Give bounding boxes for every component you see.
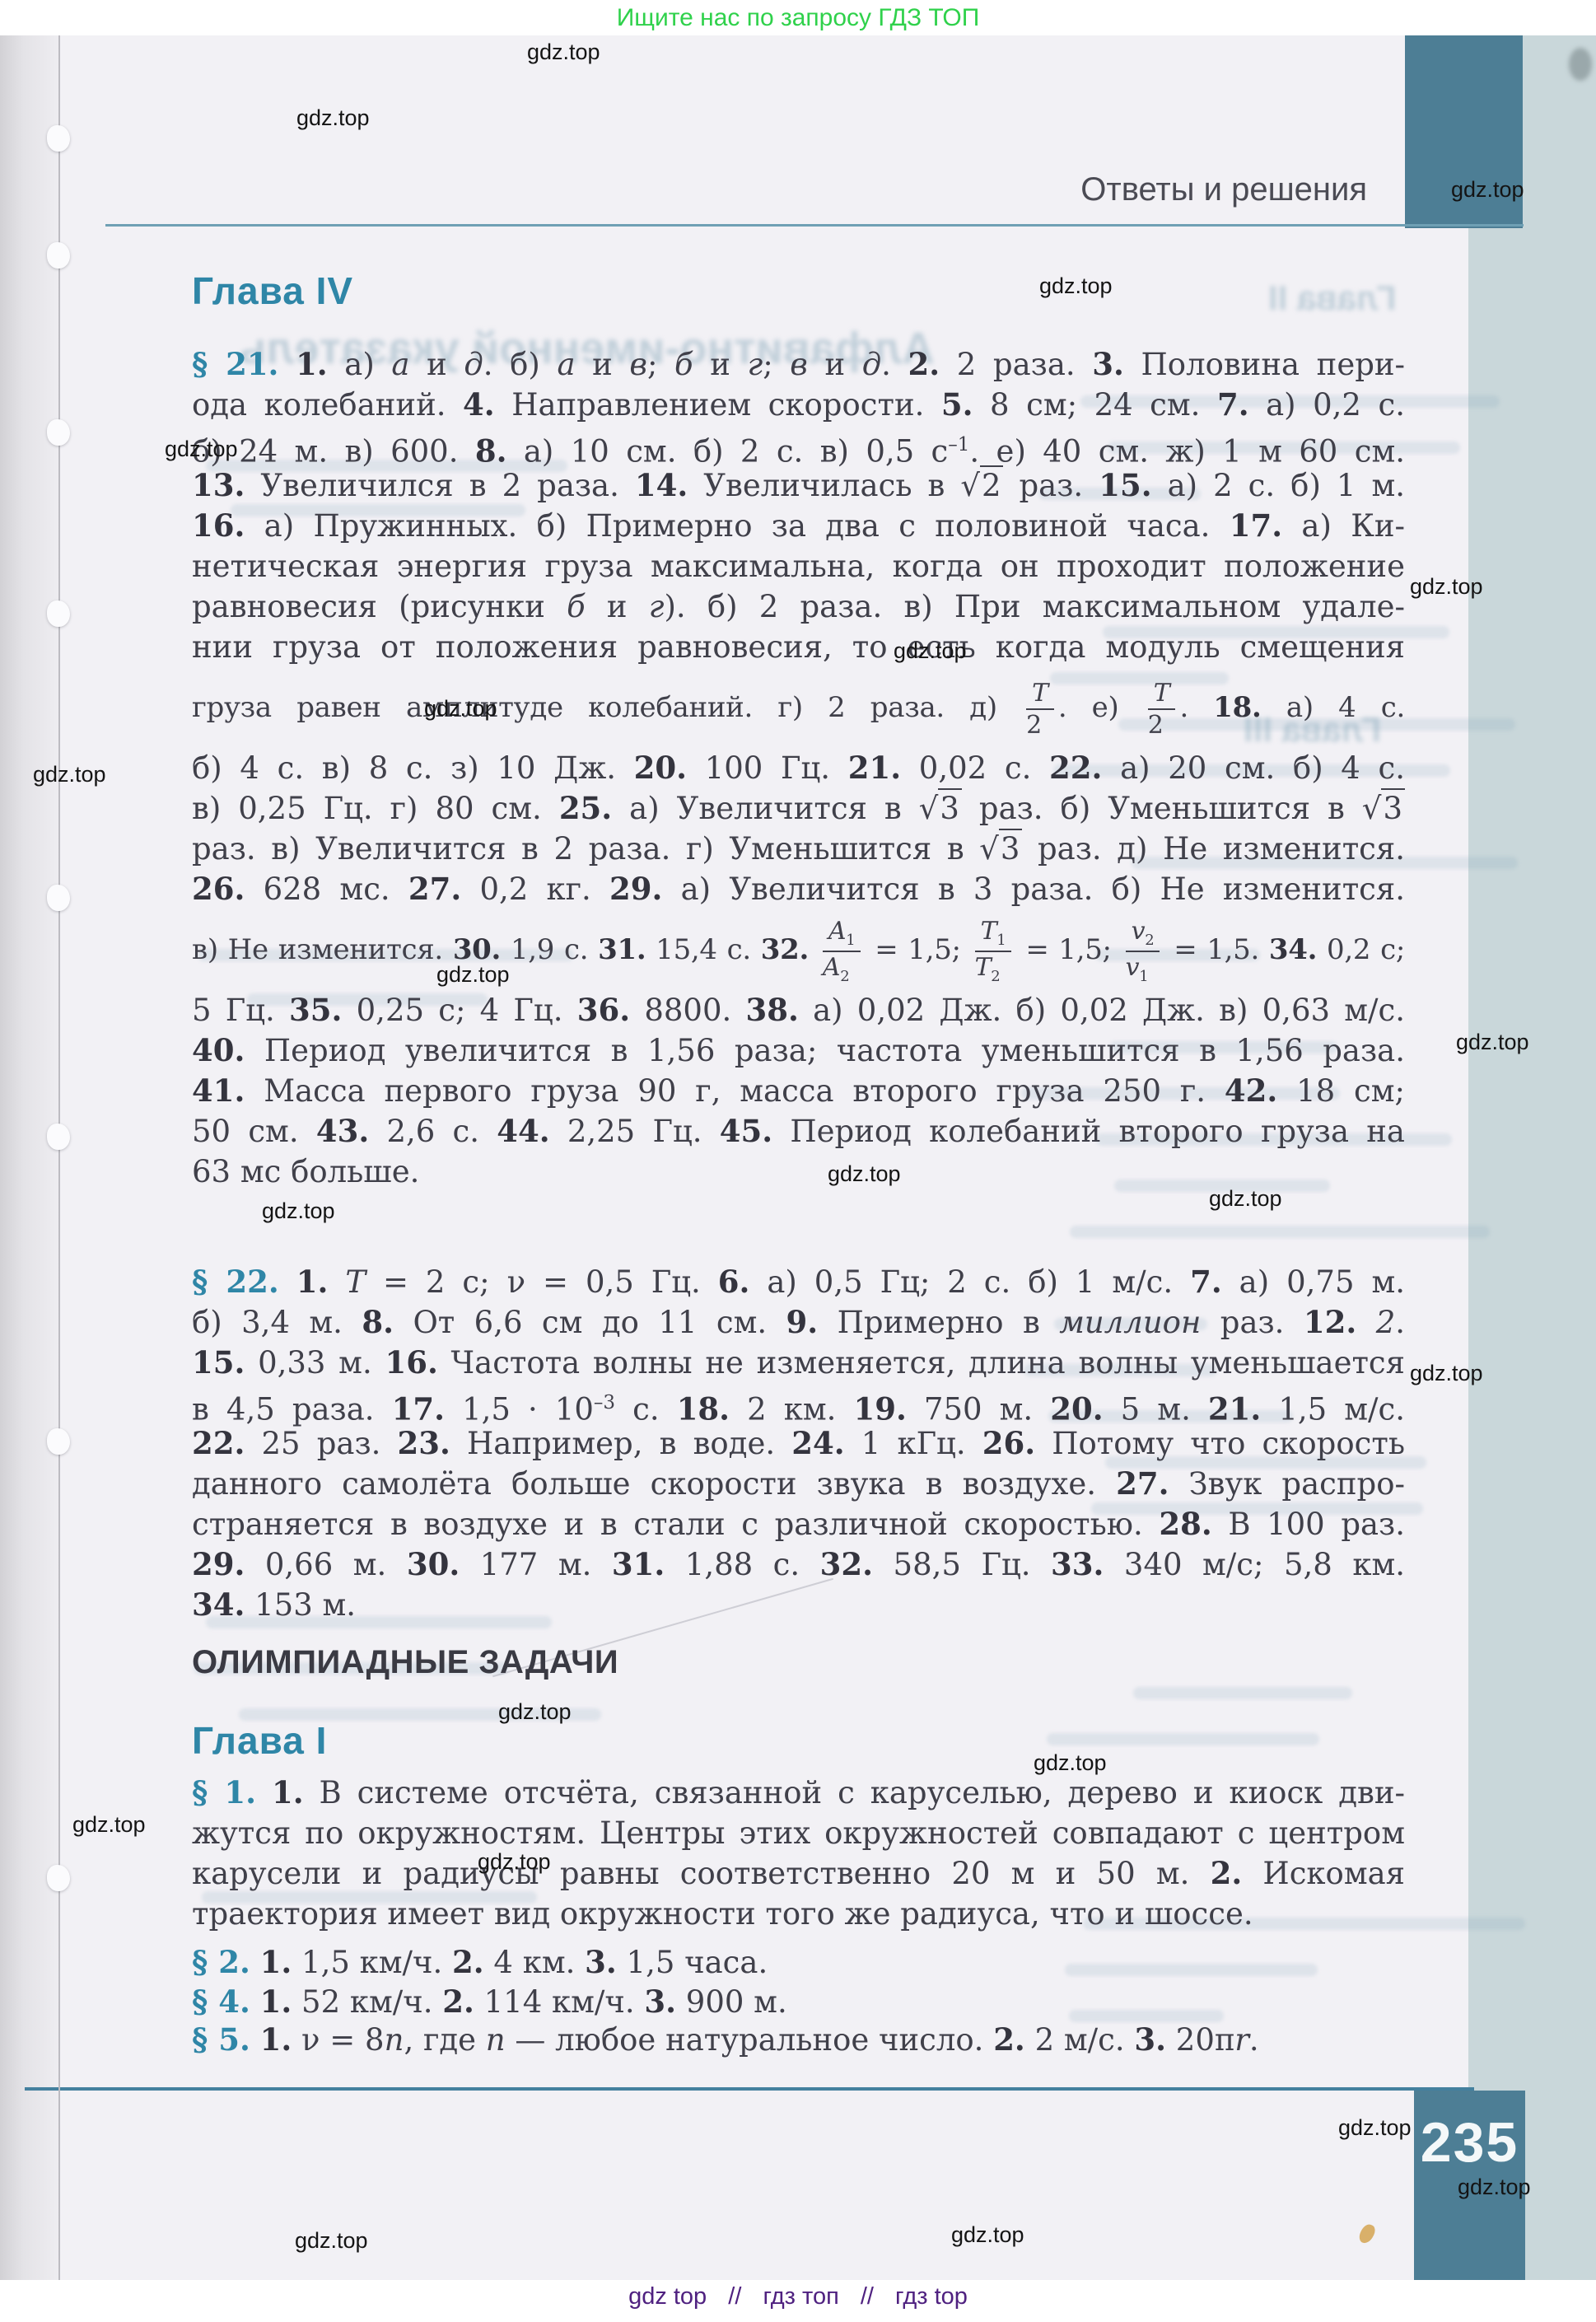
watermark: gdz.top [527, 40, 600, 65]
binding-nub [47, 1124, 70, 1150]
text-line: б) 3,4 м. 8. От 6,6 см до 11 см. 9. Прим… [192, 1302, 1405, 1343]
watermark: gdz.top [1338, 2115, 1412, 2141]
text-line: 34. 153 м. [192, 1585, 1405, 1625]
watermark: gdz.top [1034, 1750, 1107, 1776]
text-line: равновесия (рисунки б и г). б) 2 раза. в… [192, 586, 1405, 627]
binding-nub [47, 600, 70, 627]
ghost-noise-line [1133, 1687, 1352, 1699]
watermark: gdz.top [1458, 2175, 1531, 2200]
bottom-rule [25, 2087, 1474, 2091]
text-line: б) 24 м. в) 600. 8. а) 10 см. б) 2 с. в)… [192, 425, 1405, 465]
text-line: § 22. 1. T = 2 с; ν = 0,5 Гц. 6. а) 0,5 … [192, 1262, 1405, 1302]
watermark: gdz.top [1039, 273, 1113, 299]
text-line: б) 4 с. в) 8 с. з) 10 Дж. 20. 100 Гц. 21… [192, 748, 1405, 788]
text-line: данного самолёта больше скорости звука в… [192, 1464, 1405, 1504]
page-header-title: Ответы и решения [1080, 171, 1367, 208]
text-line: § 21. 1. а) а и д. б) а и в; б и г; в и … [192, 344, 1405, 385]
binding-nub [47, 885, 70, 911]
watermark: gdz.top [296, 105, 370, 131]
olympiad-heading: ОЛИМПИАДНЫЕ ЗАДАЧИ [192, 1644, 618, 1681]
paragraph-22: § 22. 1. T = 2 с; ν = 0,5 Гц. 6. а) 0,5 … [192, 1262, 1405, 1625]
text-line: § 5. 1. ν = 8n, где n — любое натурально… [192, 2020, 1405, 2060]
footer-link[interactable]: gdz top [628, 2283, 707, 2310]
watermark: gdz.top [33, 762, 106, 787]
watermark: gdz.top [951, 2222, 1024, 2248]
text-line: 50 см. 43. 2,6 с. 44. 2,25 Гц. 45. Перио… [192, 1111, 1405, 1152]
page-number: 235 [1414, 2110, 1525, 2175]
text-line: в 4,5 раза. 17. 1,5 · 10–3 с. 18. 2 км. … [192, 1383, 1405, 1423]
teal-margin-strip [1468, 35, 1596, 2280]
text-line: § 4. 1. 52 км/ч. 2. 114 км/ч. 3. 900 м. [192, 1982, 1405, 2022]
paragraph-1: § 1. 1. В системе отсчёта, связанной с к… [192, 1773, 1405, 1934]
watermark: gdz.top [72, 1812, 146, 1838]
text-line: 5 Гц. 35. 0,25 с; 4 Гц. 36. 8800. 38. а)… [192, 990, 1405, 1030]
watermark: gdz.top [436, 962, 510, 988]
text-line: § 1. 1. В системе отсчёта, связанной с к… [192, 1773, 1405, 1813]
watermark: gdz.top [1451, 177, 1524, 203]
chapter-1-heading: Глава I [192, 1718, 327, 1763]
text-line: 16. а) Пружинных. б) Примерно за два с п… [192, 506, 1405, 546]
watermark: gdz.top [165, 437, 238, 462]
text-line: карусели и радиусы равны соответственно … [192, 1853, 1405, 1894]
text-line: 13. Увеличился в 2 раза. 14. Увеличилась… [192, 465, 1405, 506]
text-line: в) Не изменится. 30. 1,9 с. 31. 15,4 с. … [192, 909, 1405, 990]
watermark: gdz.top [894, 638, 967, 664]
paragraph-5: § 5. 1. ν = 8n, где n — любое натурально… [192, 2020, 1405, 2060]
text-line: нетическая энергия груза максимальна, ко… [192, 546, 1405, 586]
text-line: § 2. 1. 1,5 км/ч. 2. 4 км. 3. 1,5 часа. [192, 1942, 1405, 1983]
ghost-noise-line [1047, 1733, 1319, 1745]
promo-banner[interactable]: Ищите нас по запросу ГДЗ ТОП [0, 4, 1596, 32]
watermark: gdz.top [424, 696, 497, 722]
text-line: 15. 0,33 м. 16. Частота волны не изменяе… [192, 1343, 1405, 1383]
binding-nub [47, 242, 70, 269]
text-line: нии груза от положения равновесия, то ес… [192, 627, 1405, 667]
footer: gdz top // гдз топ // гдз top [0, 2283, 1596, 2310]
paragraph-2: § 2. 1. 1,5 км/ч. 2. 4 км. 3. 1,5 часа. [192, 1942, 1405, 1983]
watermark: gdz.top [1410, 574, 1483, 600]
text-line: 40. Период увеличится в 1,56 раза; часто… [192, 1030, 1405, 1071]
watermark: gdz.top [1456, 1030, 1529, 1055]
ghost-text: Глава II [1268, 278, 1396, 318]
text-line: ода колебаний. 4. Направлением скорости.… [192, 385, 1405, 425]
text-line: жутся по окружностям. Центры этих окружн… [192, 1813, 1405, 1853]
watermark: gdz.top [1410, 1361, 1483, 1386]
footer-separator: // [728, 2283, 741, 2310]
watermark: gdz.top [478, 1849, 551, 1875]
footer-link[interactable]: гдз топ [763, 2283, 838, 2310]
binding-nub [47, 419, 70, 446]
binding-nub [47, 1428, 70, 1455]
scan-corner-blob [1569, 48, 1592, 81]
text-line: страняется в воздухе и в стали с различн… [192, 1504, 1405, 1544]
paragraph-21: § 21. 1. а) а и д. б) а и в; б и г; в и … [192, 344, 1405, 1192]
text-line: раз. в) Увеличится в 2 раза. г) Уменьшит… [192, 829, 1405, 869]
text-line: груза равен амплитуде колебаний. г) 2 ра… [192, 667, 1405, 748]
binding-nub [47, 1865, 70, 1891]
text-line: в) 0,25 Гц. г) 80 см. 25. а) Увеличится … [192, 788, 1405, 829]
page-left-edge [0, 35, 59, 2280]
text-line: траектория имеет вид окружности того же … [192, 1894, 1405, 1934]
text-line: 26. 628 мс. 27. 0,2 кг. 29. а) Увеличитс… [192, 869, 1405, 909]
footer-link[interactable]: гдз top [895, 2283, 968, 2310]
text-line: 41. Масса первого груза 90 г, масса втор… [192, 1071, 1405, 1111]
chapter-4-heading: Глава IV [192, 269, 353, 313]
text-line: 22. 25 раз. 23. Например, в воде. 24. 1 … [192, 1423, 1405, 1464]
watermark: gdz.top [1209, 1186, 1282, 1212]
watermark: gdz.top [262, 1198, 335, 1224]
watermark: gdz.top [828, 1161, 901, 1187]
binding-seam [58, 35, 60, 2280]
watermark: gdz.top [295, 2228, 368, 2254]
watermark: gdz.top [498, 1699, 572, 1725]
footer-separator: // [861, 2283, 874, 2310]
ghost-noise-line [1070, 1226, 1490, 1238]
paragraph-4: § 4. 1. 52 км/ч. 2. 114 км/ч. 3. 900 м. [192, 1982, 1405, 2022]
text-line: 29. 0,66 м. 30. 177 м. 31. 1,88 с. 32. 5… [192, 1544, 1405, 1585]
header-rule [105, 224, 1524, 227]
binding-nub [47, 125, 70, 152]
